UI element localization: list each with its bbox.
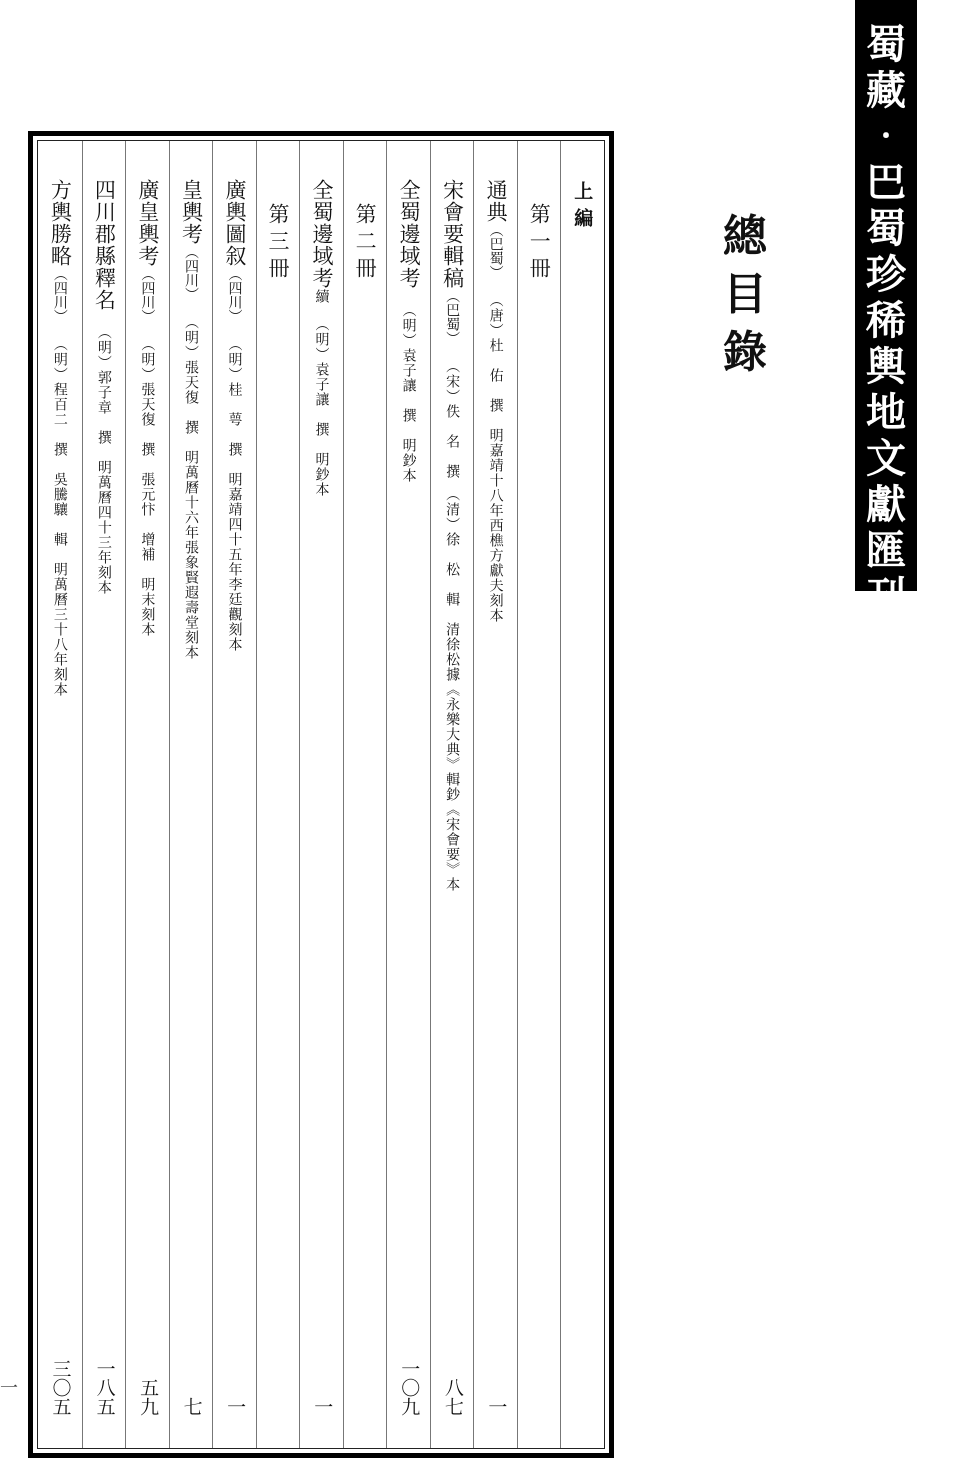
edge-page-mark: 一 xyxy=(0,1374,18,1400)
book-region-note: （四川） xyxy=(53,267,67,323)
volume-label: 第三冊 xyxy=(263,203,293,284)
part-label: 上編 xyxy=(569,181,596,235)
book-author-edition: （宋）佚 名 撰 （清）徐 松 輯 清徐松據《永樂大典》輯鈔《宋會要》本 xyxy=(445,359,459,892)
column-text: 廣皇輿考（四川）（明）張天復 撰 張元忭 增補 明末刻本 xyxy=(126,179,169,637)
series-title-char: 巴 xyxy=(866,160,906,206)
book-region-note: （巴蜀） xyxy=(489,223,503,279)
page-number-cell: 八七 xyxy=(431,1378,474,1416)
page-number-cell: 一〇九 xyxy=(387,1359,430,1416)
column-text: 宋會要輯稿（巴蜀）（宋）佚 名 撰 （清）徐 松 輯 清徐松據《永樂大典》輯鈔《… xyxy=(431,179,474,892)
toc-entry[interactable]: 四川郡縣釋名（明）郭子章 撰 明萬曆四十三年刻本一八五 xyxy=(82,141,126,1448)
toc-entry[interactable]: 全蜀邊域考（明）袁子讓 撰 明鈔本一〇九 xyxy=(386,141,430,1448)
page-number: 七 xyxy=(181,1397,200,1416)
toc-entry[interactable]: 宋會要輯稿（巴蜀）（宋）佚 名 撰 （清）徐 松 輯 清徐松據《永樂大典》輯鈔《… xyxy=(430,141,474,1448)
book-title: 全蜀邊域考 xyxy=(398,179,419,289)
toc-volume-heading: 第二冊 xyxy=(343,141,387,1448)
column-text: 通典（巴蜀）（唐）杜 佑 撰 明嘉靖十八年西樵方獻夫刻本 xyxy=(474,179,517,623)
column-text: 第三冊 xyxy=(257,179,300,284)
book-author-edition: （唐）杜 佑 撰 明嘉靖十八年西樵方獻夫刻本 xyxy=(489,293,503,623)
book-author-edition: （明）張天復 撰 張元忭 增補 明末刻本 xyxy=(140,337,154,637)
book-title: 通典 xyxy=(485,179,506,223)
book-author-edition: （明）郭子章 撰 明萬曆四十三年刻本 xyxy=(97,325,111,595)
book-region-note: 續 xyxy=(315,289,329,303)
toc-entry[interactable]: 通典（巴蜀）（唐）杜 佑 撰 明嘉靖十八年西樵方獻夫刻本一 xyxy=(473,141,517,1448)
column-text: 全蜀邊域考續（明）袁子讓 撰 明鈔本 xyxy=(300,179,343,497)
series-title-char: 地 xyxy=(866,390,906,436)
series-title-char: 蜀 xyxy=(866,206,906,252)
book-author-edition: （明）袁子讓 撰 明鈔本 xyxy=(402,303,416,483)
book-title: 方輿勝略 xyxy=(49,179,70,267)
section-title-char: 目 xyxy=(723,266,767,324)
page-number-cell: 一 xyxy=(300,1397,343,1416)
book-region-note: （四川） xyxy=(140,267,154,323)
book-title: 四川郡縣釋名 xyxy=(93,179,114,311)
book-region-note: （巴蜀） xyxy=(445,289,459,345)
column-text: 四川郡縣釋名（明）郭子章 撰 明萬曆四十三年刻本 xyxy=(83,179,126,595)
volume-label: 第一冊 xyxy=(524,203,554,284)
page-number: 八七 xyxy=(442,1378,461,1416)
page-number: 一〇九 xyxy=(399,1359,418,1416)
series-title-char: 匯 xyxy=(866,528,906,574)
book-region-note: （四川） xyxy=(184,245,198,301)
column-text: 第一冊 xyxy=(518,179,561,284)
toc-frame: 上編第一冊通典（巴蜀）（唐）杜 佑 撰 明嘉靖十八年西樵方獻夫刻本一宋會要輯稿（… xyxy=(37,140,605,1449)
toc-volume-heading: 第三冊 xyxy=(256,141,300,1448)
page-number-cell: 三〇五 xyxy=(38,1359,82,1416)
section-title-char: 錄 xyxy=(723,324,767,382)
page-number: 一八五 xyxy=(94,1359,113,1416)
page-number: 五九 xyxy=(138,1378,157,1416)
book-title: 廣皇輿考 xyxy=(137,179,158,267)
series-title-char: 文 xyxy=(866,436,906,482)
series-title-char: 輿 xyxy=(866,344,906,390)
toc-entry[interactable]: 全蜀邊域考續（明）袁子讓 撰 明鈔本一 xyxy=(299,141,343,1448)
column-text: 第二冊 xyxy=(344,179,387,284)
book-author-edition: （明）袁子讓 撰 明鈔本 xyxy=(315,317,329,497)
title-separator-dot: ・ xyxy=(873,114,899,160)
series-title-banner: 蜀藏・巴蜀珍稀輿地文獻匯刊 xyxy=(855,0,917,591)
toc-entry[interactable]: 皇輿考（四川）（明）張天復 撰 明萬曆十六年張象賢遐壽堂刻本七 xyxy=(169,141,213,1448)
book-author-edition: （明）張天復 撰 明萬曆十六年張象賢遐壽堂刻本 xyxy=(184,315,198,660)
toc-entry[interactable]: 廣輿圖叙（四川）（明）桂 萼 撰 明嘉靖四十五年李廷觀刻本一 xyxy=(212,141,256,1448)
book-title: 皇輿考 xyxy=(180,179,201,245)
column-text: 全蜀邊域考（明）袁子讓 撰 明鈔本 xyxy=(387,179,430,483)
book-title: 全蜀邊域考 xyxy=(311,179,332,289)
page-number-cell: 五九 xyxy=(126,1378,169,1416)
page-number: 一 xyxy=(486,1397,505,1416)
book-title: 宋會要輯稿 xyxy=(442,179,463,289)
series-title-char: 藏 xyxy=(866,68,906,114)
toc-part-heading: 上編 xyxy=(560,141,604,1448)
page-number: 一 xyxy=(225,1397,244,1416)
series-title-char: 獻 xyxy=(866,482,906,528)
book-region-note: （四川） xyxy=(227,267,241,323)
toc-entry[interactable]: 方輿勝略（四川）（明）程百二 撰 吳騰驤 輯 明萬曆三十八年刻本三〇五 xyxy=(38,141,82,1448)
series-title-char: 刊 xyxy=(866,574,906,620)
book-author-edition: （明）桂 萼 撰 明嘉靖四十五年李廷觀刻本 xyxy=(227,337,241,652)
toc-volume-heading: 第一冊 xyxy=(517,141,561,1448)
volume-label: 第二冊 xyxy=(350,203,380,284)
toc-entry[interactable]: 廣皇輿考（四川）（明）張天復 撰 張元忭 增補 明末刻本五九 xyxy=(125,141,169,1448)
series-title-char: 珍 xyxy=(866,252,906,298)
page-number-cell: 一 xyxy=(474,1397,517,1416)
column-text: 皇輿考（四川）（明）張天復 撰 明萬曆十六年張象賢遐壽堂刻本 xyxy=(170,179,213,660)
page-number-cell: 七 xyxy=(170,1397,213,1416)
section-title-table-of-contents: 總目錄 xyxy=(715,208,775,382)
page-number-cell: 一 xyxy=(213,1397,256,1416)
column-text: 廣輿圖叙（四川）（明）桂 萼 撰 明嘉靖四十五年李廷觀刻本 xyxy=(213,179,256,652)
series-title-char: 蜀 xyxy=(866,22,906,68)
book-title: 廣輿圖叙 xyxy=(224,179,245,267)
series-title-char: 稀 xyxy=(866,298,906,344)
page-number: 一 xyxy=(312,1397,331,1416)
page-number: 三〇五 xyxy=(50,1359,69,1416)
column-text: 上編 xyxy=(561,179,604,235)
section-title-char: 總 xyxy=(723,208,767,266)
page-number-cell: 一八五 xyxy=(83,1359,126,1416)
column-text: 方輿勝略（四川）（明）程百二 撰 吳騰驤 輯 明萬曆三十八年刻本 xyxy=(38,179,82,697)
book-author-edition: （明）程百二 撰 吳騰驤 輯 明萬曆三十八年刻本 xyxy=(53,337,67,697)
